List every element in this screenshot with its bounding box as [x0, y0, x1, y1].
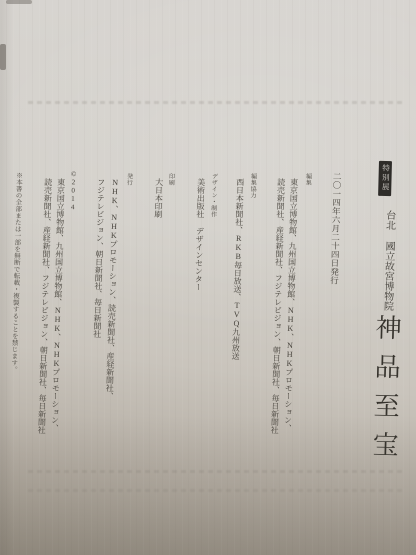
label-design-production: デザイン・制作 — [209, 173, 217, 218]
publication-date: 二〇一四年六月二十四日発行 — [329, 172, 341, 285]
design-production-credit-line: 美術出版社 デザインセンター — [193, 178, 205, 291]
page-corner-mark — [0, 44, 6, 70]
exhibition-title: 神品至宝 — [368, 314, 401, 471]
page-bottom-shadow — [0, 415, 416, 555]
museum-name: 台北 國立故宮博物院 — [381, 210, 395, 311]
text-showthrough-row — [28, 101, 404, 104]
label-publisher: 発行 — [125, 173, 132, 186]
copyright-year: ©2014 — [68, 170, 77, 212]
label-editing-cooperation: 編集協力 — [248, 173, 255, 199]
page-corner-mark — [6, 0, 32, 4]
book-colophon-page-photo: 特別展 台北 國立故宮博物院 神品至宝 二〇一四年六月二十四日発行 編集 東京国… — [0, 0, 416, 555]
label-printing: 印刷 — [167, 173, 174, 186]
publisher-credit-line: フジテレビジョン、朝日新聞社、毎日新聞社 — [92, 178, 105, 338]
label-editing: 編集 — [304, 173, 311, 186]
publisher-credit-line: NHK、NHKプロモーション、読売新聞社、産経新聞社、 — [104, 178, 119, 400]
special-exhibition-badge: 特別展 — [378, 161, 392, 196]
editing-cooperation-credit-line: 西日本新聞社、RKB毎日放送、TVQ九州放送 — [230, 178, 244, 360]
printing-credit-line: 大日本印刷 — [153, 178, 163, 218]
